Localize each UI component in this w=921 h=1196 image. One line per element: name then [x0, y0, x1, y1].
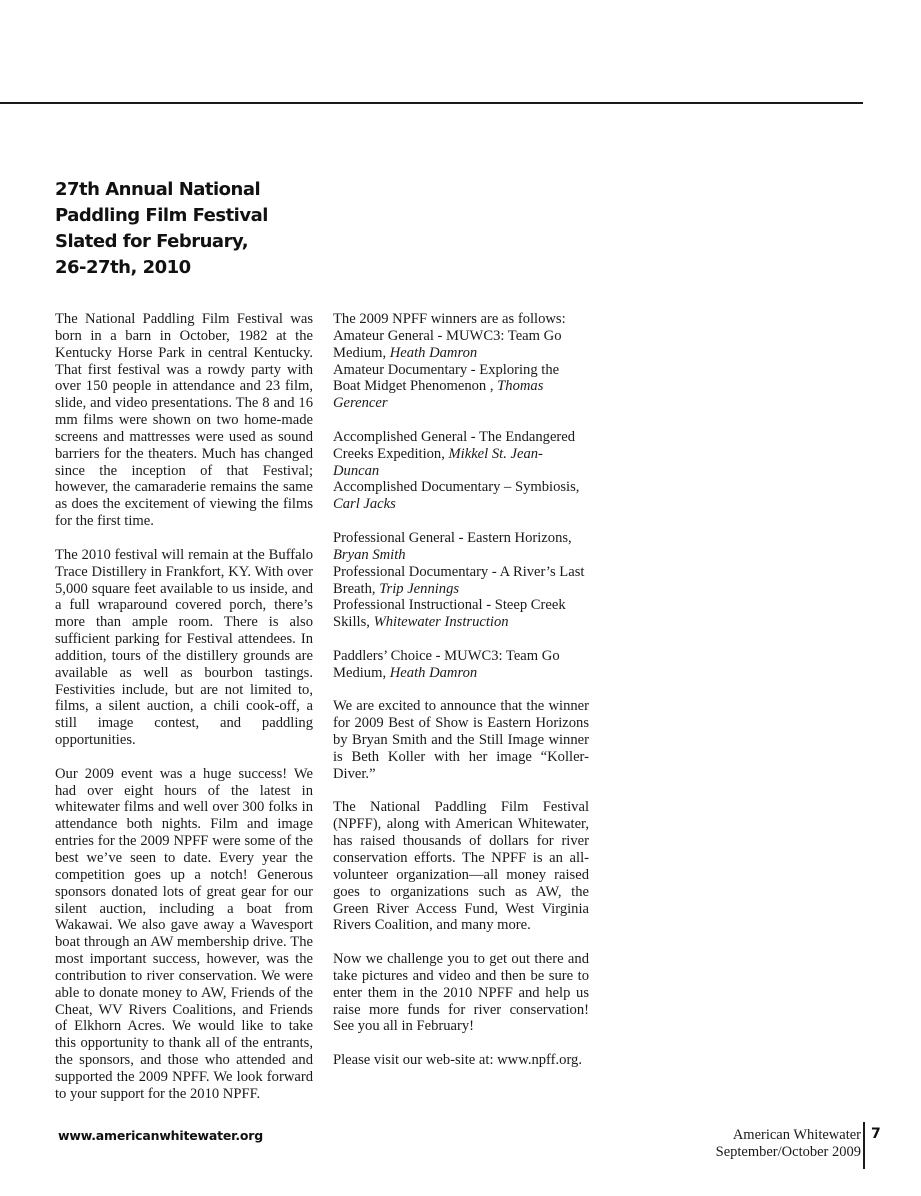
- article-title: 27th Annual National Paddling Film Festi…: [55, 177, 315, 281]
- article-column-1: The National Paddling Film Festival was …: [55, 311, 313, 1120]
- winners-list: The 2009 NPFF winners are as follows: Am…: [333, 311, 589, 412]
- footer-website-link[interactable]: www.americanwhitewater.org: [58, 1128, 263, 1143]
- winners-intro: The 2009 NPFF winners are as follows:: [333, 311, 589, 328]
- winner-category: Accomplished Documentary – Symbiosis,: [333, 479, 579, 495]
- winner-entry: Accomplished Documentary – Symbiosis, Ca…: [333, 479, 589, 513]
- publication-name: American Whitewater: [716, 1127, 861, 1144]
- title-line: Slated for February,: [55, 229, 315, 255]
- title-line: 27th Annual National: [55, 177, 315, 203]
- winner-entry: Amateur Documentary - Exploring the Boat…: [333, 362, 589, 413]
- winner-entry: Paddlers’ Choice - MUWC3: Team Go Medium…: [333, 648, 589, 682]
- winner-entry: Amateur General - MUWC3: Team Go Medium,…: [333, 328, 589, 362]
- paragraph-history: The National Paddling Film Festival was …: [55, 311, 313, 530]
- article-column-2: The 2009 NPFF winners are as follows: Am…: [333, 311, 589, 1086]
- winner-name: Whitewater Instruction: [374, 614, 509, 630]
- winner-category: Professional General - Eastern Horizons,: [333, 530, 572, 546]
- winner-entry: Professional Documentary - A River’s Las…: [333, 564, 589, 598]
- title-line: Paddling Film Festival: [55, 203, 315, 229]
- winner-name: Trip Jennings: [379, 581, 459, 597]
- winners-list: Paddlers’ Choice - MUWC3: Team Go Medium…: [333, 648, 589, 682]
- paragraph-venue: The 2010 festival will remain at the Buf…: [55, 547, 313, 749]
- paragraph-challenge: Now we challenge you to get out there an…: [333, 951, 589, 1035]
- paragraph-fundraising: The National Paddling Film Festival (NPF…: [333, 799, 589, 934]
- winner-entry: Professional General - Eastern Horizons,…: [333, 530, 589, 564]
- paragraph-website: Please visit our web-site at: www.npff.o…: [333, 1052, 589, 1069]
- winner-entry: Professional Instructional - Steep Creek…: [333, 597, 589, 631]
- winner-entry: Accomplished General - The Endangered Cr…: [333, 429, 589, 480]
- header-rule: [0, 102, 863, 104]
- winner-name: Heath Damron: [390, 345, 477, 361]
- winner-name: Carl Jacks: [333, 496, 396, 512]
- issue-date: September/October 2009: [716, 1144, 861, 1161]
- paragraph-2009-recap: Our 2009 event was a huge success! We ha…: [55, 766, 313, 1103]
- footer-divider: [863, 1122, 865, 1169]
- winner-name: Bryan Smith: [333, 547, 406, 563]
- paragraph-best-of-show: We are excited to announce that the winn…: [333, 698, 589, 782]
- winners-list: Accomplished General - The Endangered Cr…: [333, 429, 589, 513]
- title-line: 26-27th, 2010: [55, 255, 315, 281]
- footer-publication-info: American Whitewater September/October 20…: [716, 1127, 861, 1161]
- winners-list: Professional General - Eastern Horizons,…: [333, 530, 589, 631]
- winner-name: Heath Damron: [390, 665, 477, 681]
- page-number: 7: [871, 1126, 881, 1142]
